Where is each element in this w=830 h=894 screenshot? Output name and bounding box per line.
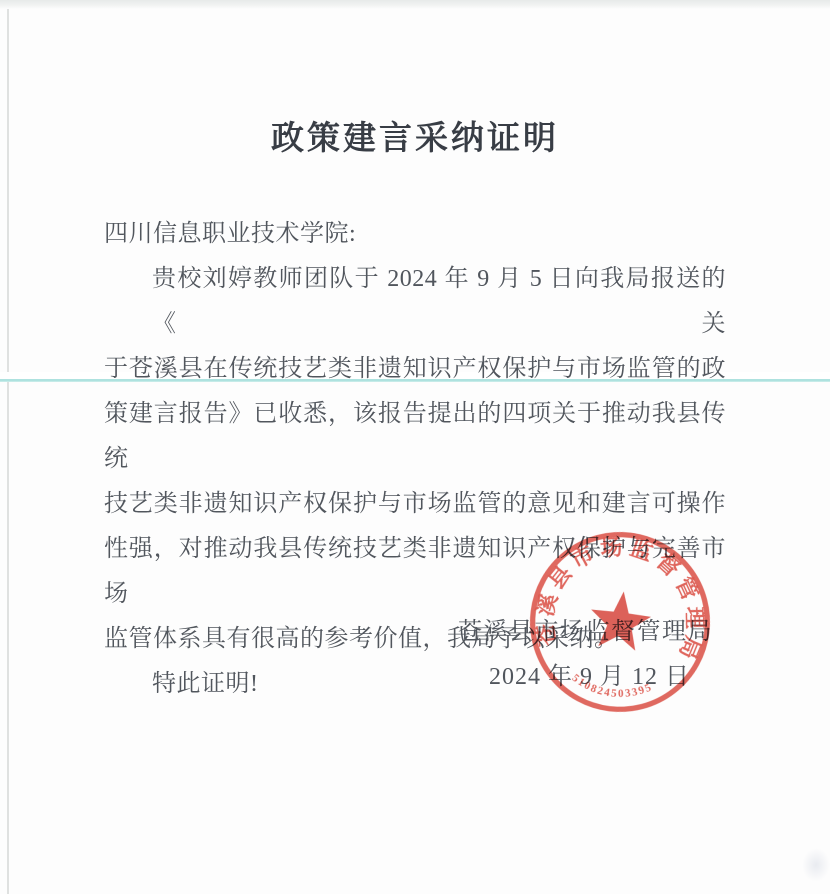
page-title: 政策建言采纳证明 bbox=[0, 112, 830, 159]
paragraph-line: 性强，对推动我县传统技艺类非遗知识产权保护与完善市场 bbox=[104, 527, 726, 617]
issue-date: 2024 年 9 月 12 日 bbox=[489, 655, 690, 700]
scan-top-edge-artifact bbox=[0, 0, 830, 9]
paragraph-line: 于苍溪县在传统技艺类非遗知识产权保护与市场监管的政 bbox=[104, 347, 726, 392]
scanned-certificate-page: 政策建言采纳证明 四川信息职业技术学院: 贵校刘婷教师团队于 2024 年 9 … bbox=[0, 0, 830, 894]
addressee-line: 四川信息职业技术学院: bbox=[104, 212, 726, 257]
paragraph-line: 技艺类非遗知识产权保护与市场监管的意见和建言可操作 bbox=[104, 482, 726, 527]
paragraph-line: 贵校刘婷教师团队于 2024 年 9 月 5 日向我局报送的《关 bbox=[104, 257, 726, 347]
paragraph-line: 策建言报告》已收悉，该报告提出的四项关于推动我县传统 bbox=[104, 392, 726, 482]
issuer-signature: 苍溪县市场监督管理局 bbox=[458, 610, 713, 655]
scan-smudge-artifact bbox=[802, 848, 830, 882]
